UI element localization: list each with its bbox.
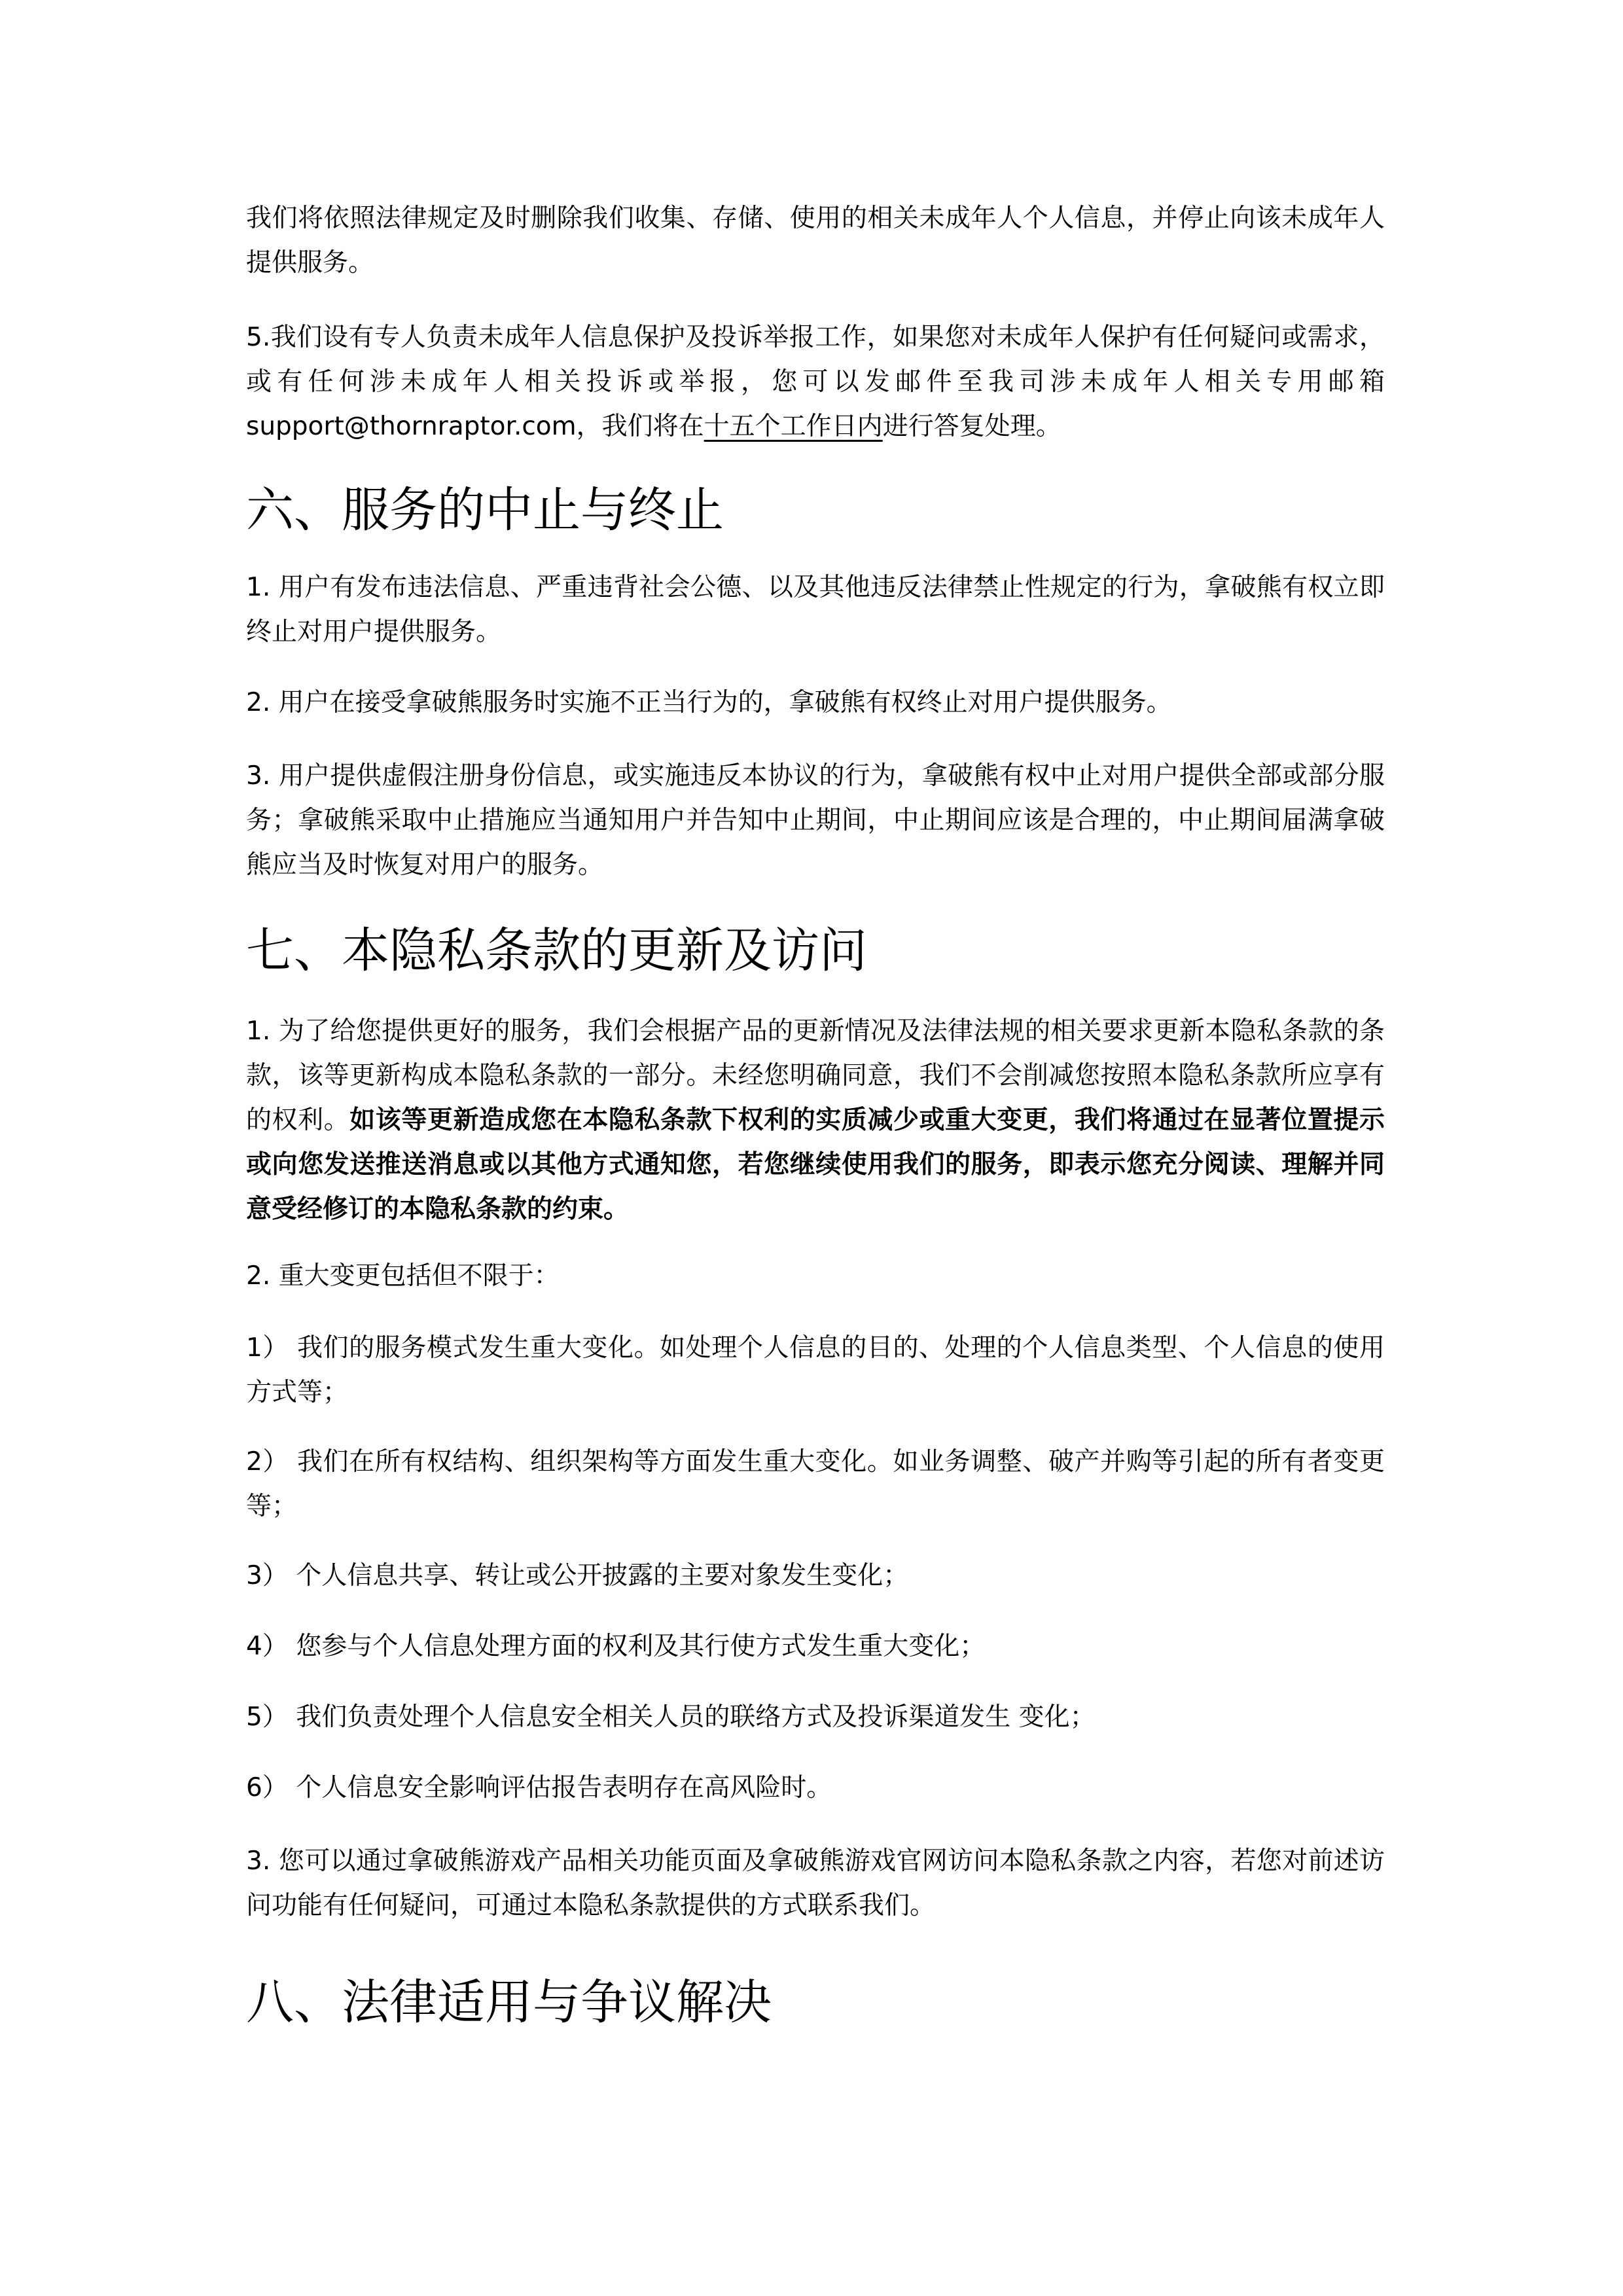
section6-item-3: 3. 用户提供虚假注册身份信息，或实施违反本协议的行为，拿破熊有权中止对用户提供… [246,754,1385,888]
section-heading-8: 八、法律适用与争议解决 [246,1973,1385,2032]
response-deadline: 十五个工作日内 [704,412,883,441]
major-change-item-2: 2） 我们在所有权结构、组织架构等方面发生重大变化。如业务调整、破产并购等引起的… [246,1440,1385,1529]
major-change-item-1: 1） 我们的服务模式发生重大变化。如处理个人信息的目的、处理的个人信息类型、个人… [246,1326,1385,1415]
major-change-item-4: 4） 您参与个人信息处理方面的权利及其行使方式发生重大变化； [246,1624,1385,1669]
section-heading-6: 六、服务的中止与终止 [246,481,1385,540]
major-change-item-6: 6） 个人信息安全影响评估报告表明存在高风险时。 [246,1766,1385,1810]
section7-paragraph-2: 2. 重大变更包括但不限于： [246,1254,1385,1299]
update-policy-bold-notice: 如该等更新造成您在本隐私条款下权利的实质减少或重大变更，我们将通过在显著位置提示… [246,1105,1385,1224]
section6-item-1: 1. 用户有发布违法信息、严重违背社会公德、以及其他违反法律禁止性规定的行为，拿… [246,565,1385,655]
major-change-item-3: 3） 个人信息共享、转让或公开披露的主要对象发生变化； [246,1554,1385,1598]
paragraph-minor-info-deletion: 我们将依照法律规定及时删除我们收集、存储、使用的相关未成年人个人信息，并停止向该… [246,196,1385,285]
section7-paragraph-1: 1. 为了给您提供更好的服务，我们会根据产品的更新情况及法律法规的相关要求更新本… [246,1009,1385,1232]
major-change-item-5: 5） 我们负责处理个人信息安全相关人员的联络方式及投诉渠道发生 变化； [246,1695,1385,1740]
contact-text-end: 进行答复处理。 [883,412,1061,441]
section6-item-2: 2. 用户在接受拿破熊服务时实施不正当行为的，拿破熊有权终止对用户提供服务。 [246,681,1385,725]
section7-paragraph-3: 3. 您可以通过拿破熊游戏产品相关功能页面及拿破熊游戏官网访问本隐私条款之内容，… [246,1839,1385,1928]
paragraph-minor-protection-contact: 5.我们设有专人负责未成年人信息保护及投诉举报工作，如果您对未成年人保护有任何疑… [246,315,1385,449]
section-heading-7: 七、本隐私条款的更新及访问 [246,922,1385,980]
